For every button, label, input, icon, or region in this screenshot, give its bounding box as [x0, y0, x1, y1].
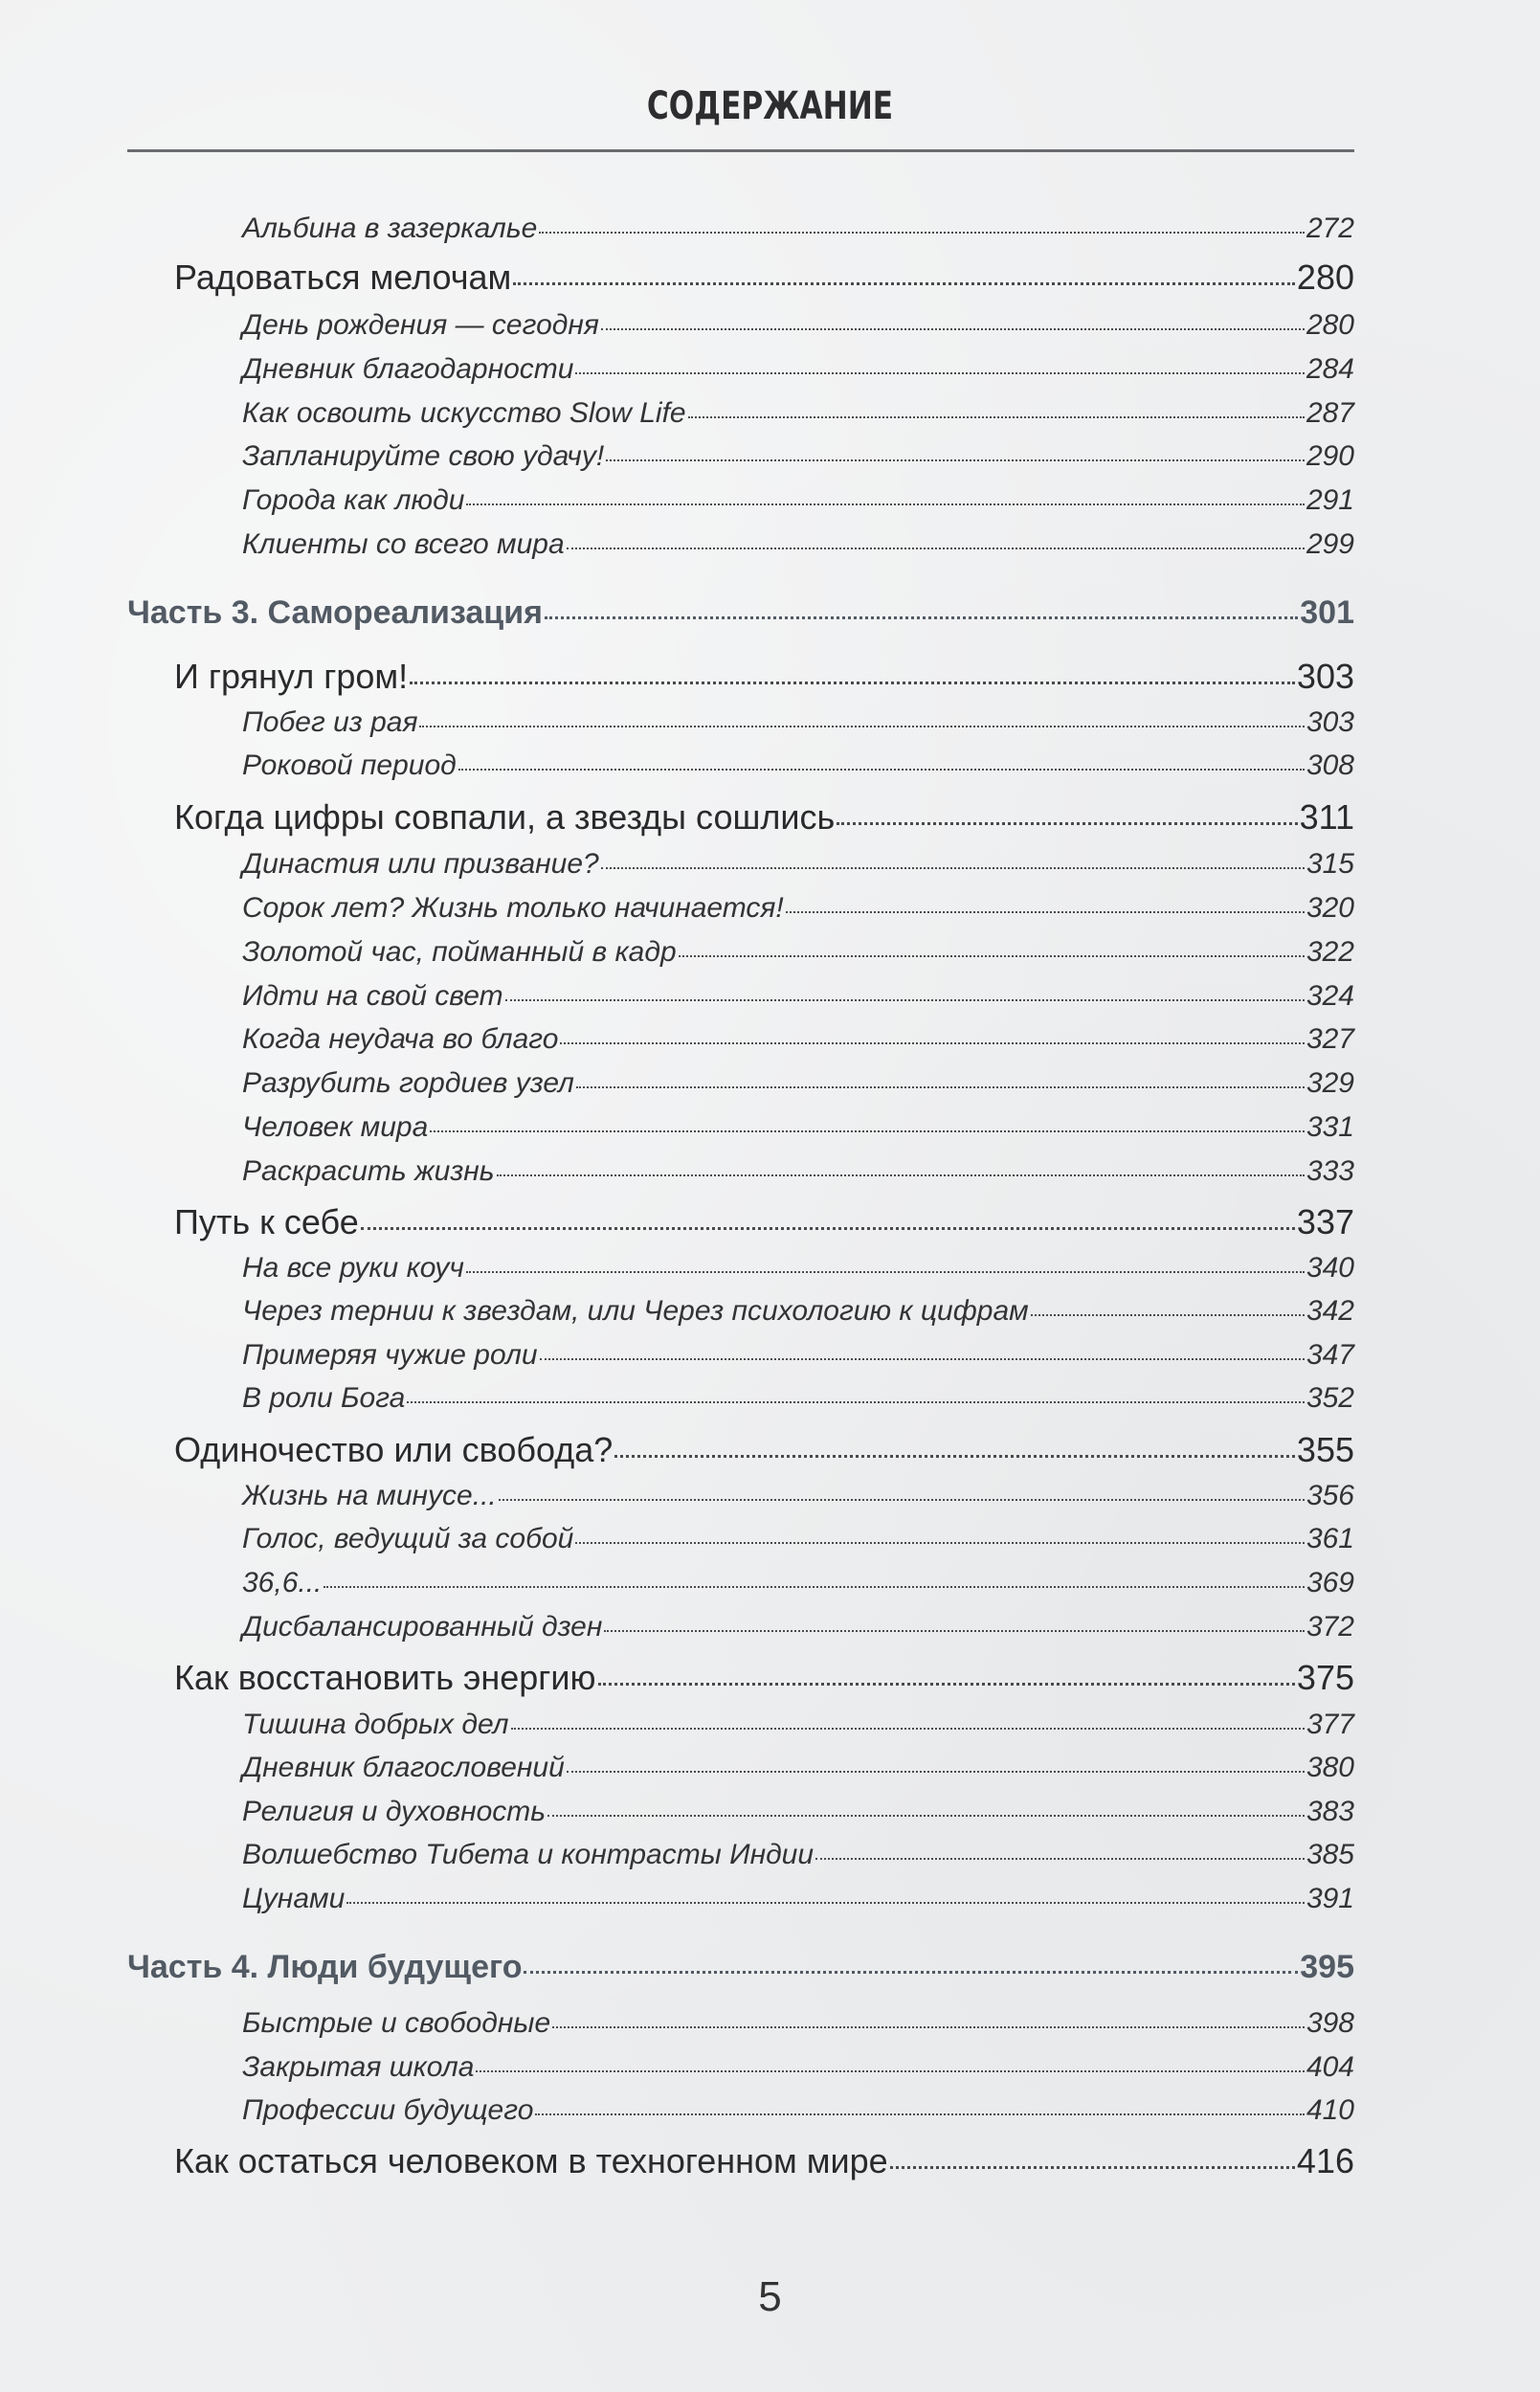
- toc-entry-page: 369: [1306, 1567, 1354, 1599]
- dot-leader: [890, 2166, 1295, 2169]
- toc-entry-page: 303: [1297, 657, 1354, 697]
- toc-entry-chapter[interactable]: Как восстановить энергию375: [174, 1658, 1354, 1698]
- toc-entry-page: 356: [1306, 1480, 1354, 1512]
- toc-entry-title: Примеряя чужие роли: [242, 1339, 538, 1372]
- toc-entry-sub[interactable]: Сорок лет? Жизнь только начинается!320: [242, 892, 1354, 925]
- toc-entry-chapter[interactable]: Как остаться человеком в техногенном мир…: [174, 2141, 1354, 2181]
- toc-entry-part[interactable]: Часть 4. Люди будущего395: [127, 1949, 1354, 1986]
- toc-entry-page: 347: [1306, 1339, 1354, 1372]
- dot-leader: [513, 282, 1295, 285]
- dot-leader: [601, 328, 1305, 330]
- toc-entry-title: Как остаться человеком в техногенном мир…: [174, 2141, 888, 2181]
- toc-entry-sub[interactable]: День рождения — сегодня280: [242, 309, 1354, 342]
- toc-entry-title: Клиенты со всего мира: [242, 528, 565, 561]
- toc-entry-sub[interactable]: Дневник благословений380: [242, 1752, 1354, 1784]
- toc-entry-sub[interactable]: Цунами391: [242, 1883, 1354, 1915]
- toc-entry-sub[interactable]: 36,6...369: [242, 1567, 1354, 1599]
- dot-leader: [575, 372, 1304, 374]
- dot-leader: [614, 1455, 1295, 1458]
- toc-entry-sub[interactable]: Жизнь на минусе...356: [242, 1480, 1354, 1512]
- toc-entry-page: 324: [1306, 980, 1354, 1013]
- toc-entry-title: Когда неудача во благо: [242, 1023, 558, 1056]
- toc-entry-page: 320: [1306, 892, 1354, 925]
- toc-entry-page: 308: [1306, 749, 1354, 782]
- toc-entry-sub[interactable]: Побег из рая303: [242, 706, 1354, 739]
- toc-entry-sub[interactable]: Разрубить гордиев узел329: [242, 1067, 1354, 1100]
- toc-entry-title: Побег из рая: [242, 706, 417, 739]
- toc-entry-title: Золотой час, пойманный в кадр: [242, 936, 677, 969]
- toc-entry-sub[interactable]: Профессии будущего410: [242, 2094, 1354, 2127]
- toc-entry-page: 299: [1306, 528, 1354, 561]
- toc-entry-page: 380: [1306, 1752, 1354, 1784]
- toc-entry-page: 280: [1306, 309, 1354, 342]
- toc-entry-chapter[interactable]: Когда цифры совпали, а звезды сошлись311: [174, 797, 1354, 838]
- toc-entry-title: Жизнь на минусе...: [242, 1480, 497, 1512]
- dot-leader: [361, 1227, 1295, 1230]
- dot-leader: [545, 616, 1298, 619]
- toc-entry-page: 383: [1306, 1796, 1354, 1828]
- toc-entry-chapter[interactable]: Одиночество или свобода?355: [174, 1430, 1354, 1470]
- toc-entry-sub[interactable]: Дисбалансированный дзен372: [242, 1611, 1354, 1643]
- toc-entry-sub[interactable]: Дневник благодарности284: [242, 353, 1354, 386]
- toc-entry-page: 395: [1300, 1949, 1354, 1986]
- toc-entry-sub[interactable]: Города как люди291: [242, 484, 1354, 517]
- toc-entry-title: Когда цифры совпали, а звезды сошлись: [174, 797, 835, 838]
- dot-leader: [606, 459, 1305, 461]
- toc-entry-page: 398: [1306, 2007, 1354, 2040]
- toc-entry-title: Идти на свой свет: [242, 980, 503, 1013]
- toc-entry-sub[interactable]: Религия и духовность383: [242, 1796, 1354, 1828]
- toc-entry-sub[interactable]: Закрытая школа404: [242, 2051, 1354, 2084]
- dot-leader: [458, 769, 1305, 771]
- dot-leader: [575, 1542, 1305, 1544]
- page-number: 5: [0, 2273, 1540, 2321]
- toc-entry-sub[interactable]: Когда неудача во благо327: [242, 1023, 1354, 1056]
- toc-entry-page: 322: [1306, 936, 1354, 969]
- toc-entry-sub[interactable]: Идти на свой свет324: [242, 980, 1354, 1013]
- toc-entry-title: Дневник благословений: [242, 1752, 565, 1784]
- toc-entry-sub[interactable]: На все руки коуч340: [242, 1252, 1354, 1285]
- dot-leader: [679, 955, 1305, 957]
- dot-leader: [688, 416, 1305, 418]
- toc-entry-sub[interactable]: Клиенты со всего мира299: [242, 528, 1354, 561]
- dot-leader: [786, 911, 1305, 913]
- dot-leader: [499, 1499, 1305, 1501]
- toc-entry-title: Запланируйте свою удачу!: [242, 440, 604, 473]
- dot-leader: [466, 503, 1305, 505]
- dot-leader: [567, 548, 1305, 549]
- toc-entry-page: 329: [1306, 1067, 1354, 1100]
- toc-entry-page: 291: [1306, 484, 1354, 517]
- dot-leader: [567, 1771, 1305, 1773]
- toc-entry-sub[interactable]: Династия или призвание?315: [242, 848, 1354, 881]
- dot-leader: [540, 1358, 1305, 1360]
- toc-entry-page: 416: [1297, 2141, 1354, 2181]
- toc-entry-title: Религия и духовность: [242, 1796, 546, 1828]
- toc-entry-page: 290: [1306, 440, 1354, 473]
- dot-leader: [505, 999, 1305, 1001]
- toc-entry-title: На все руки коуч: [242, 1252, 464, 1285]
- toc-entry-page: 361: [1306, 1523, 1354, 1555]
- dot-leader: [598, 1683, 1295, 1686]
- toc-entry-title: Быстрые и свободные: [242, 2007, 550, 2040]
- toc-entry-chapter[interactable]: И грянул гром!303: [174, 657, 1354, 697]
- toc-entry-title: Цунами: [242, 1883, 345, 1915]
- toc-entry-sub[interactable]: Через тернии к звездам, или Через психол…: [242, 1295, 1354, 1328]
- toc-entry-page: 301: [1300, 594, 1354, 632]
- toc-entry-page: 311: [1300, 797, 1354, 838]
- toc-entry-title: Профессии будущего: [242, 2094, 533, 2127]
- toc-entry-sub[interactable]: Альбина в зазеркалье272: [242, 212, 1354, 245]
- dot-leader: [346, 1902, 1305, 1904]
- toc-entry-title: Сорок лет? Жизнь только начинается!: [242, 892, 784, 925]
- toc-entry-page: 327: [1306, 1023, 1354, 1056]
- dot-leader: [511, 1728, 1305, 1730]
- toc-entry-chapter[interactable]: Путь к себе337: [174, 1202, 1354, 1242]
- toc-entry-page: 391: [1306, 1883, 1354, 1915]
- dot-leader: [410, 682, 1295, 684]
- toc-entry-title: Альбина в зазеркалье: [242, 212, 537, 245]
- toc-entry-sub[interactable]: Золотой час, пойманный в кадр322: [242, 936, 1354, 969]
- toc-entry-page: 284: [1306, 353, 1354, 386]
- toc-entry-title: Как освоить искусство Slow Life: [242, 397, 686, 430]
- toc-entry-page: 375: [1297, 1658, 1354, 1698]
- toc-entry-title: 36,6...: [242, 1567, 322, 1599]
- toc-entry-page: 352: [1306, 1382, 1354, 1415]
- dot-leader: [560, 1042, 1305, 1044]
- dot-leader: [466, 1271, 1305, 1273]
- toc-entry-title: Династия или призвание?: [242, 848, 599, 881]
- toc-entry-title: Раскрасить жизнь: [242, 1155, 495, 1188]
- title-divider: [127, 149, 1354, 152]
- toc-entry-title: День рождения — сегодня: [242, 309, 599, 342]
- toc-entry-page: 404: [1306, 2051, 1354, 2084]
- toc-entry-page: 272: [1306, 212, 1354, 245]
- toc-entry-page: 385: [1306, 1839, 1354, 1871]
- toc-entry-title: В роли Бога: [242, 1382, 405, 1415]
- toc-entry-page: 303: [1306, 706, 1354, 739]
- toc-entry-title: Закрытая школа: [242, 2051, 474, 2084]
- toc-entry-title: Как восстановить энергию: [174, 1658, 596, 1698]
- dot-leader: [837, 822, 1297, 825]
- dot-leader: [1031, 1314, 1305, 1316]
- toc-entry-title: Тишина добрых дел: [242, 1709, 509, 1741]
- toc-entry-sub[interactable]: В роли Бога352: [242, 1382, 1354, 1415]
- dot-leader: [430, 1130, 1305, 1132]
- toc-entry-title: Голос, ведущий за собой: [242, 1523, 573, 1555]
- toc-entry-page: 315: [1306, 848, 1354, 881]
- toc-entry-page: 410: [1306, 2094, 1354, 2127]
- dot-leader: [815, 1858, 1305, 1860]
- toc-entry-title: И грянул гром!: [174, 657, 408, 697]
- dot-leader: [407, 1401, 1305, 1403]
- dot-leader: [476, 2070, 1305, 2072]
- toc-entry-sub[interactable]: Быстрые и свободные398: [242, 2007, 1354, 2040]
- dot-leader: [419, 726, 1304, 727]
- toc-entry-page: 280: [1297, 257, 1354, 298]
- toc-entry-chapter[interactable]: Радоваться мелочам280: [174, 257, 1354, 298]
- toc-entry-title: Часть 3. Самореализация: [127, 594, 543, 632]
- toc-entry-title: Человек мира: [242, 1111, 428, 1144]
- dot-leader: [324, 1586, 1305, 1588]
- dot-leader: [497, 1174, 1305, 1176]
- dot-leader: [535, 2113, 1305, 2115]
- dot-leader: [601, 867, 1305, 869]
- toc-entry-sub[interactable]: Раскрасить жизнь333: [242, 1155, 1354, 1188]
- toc-entry-sub[interactable]: Голос, ведущий за собой361: [242, 1523, 1354, 1555]
- toc-entry-sub[interactable]: Человек мира331: [242, 1111, 1354, 1144]
- toc-entry-sub[interactable]: Тишина добрых дел377: [242, 1709, 1354, 1741]
- dot-leader: [524, 1971, 1298, 1974]
- toc-entry-title: Дневник благодарности: [242, 353, 573, 386]
- toc-entry-title: Разрубить гордиев узел: [242, 1067, 574, 1100]
- toc-entry-page: 372: [1306, 1611, 1354, 1643]
- dot-leader: [539, 232, 1305, 234]
- toc-entry-title: Радоваться мелочам: [174, 257, 511, 298]
- toc-entry-sub[interactable]: Роковой период308: [242, 749, 1354, 782]
- toc-entry-title: Города как люди: [242, 484, 464, 517]
- toc-entry-title: Одиночество или свобода?: [174, 1430, 613, 1470]
- toc-entry-page: 331: [1306, 1111, 1354, 1144]
- page-title: СОДЕРЖАНИЕ: [169, 84, 1371, 128]
- toc-entry-sub[interactable]: Примеряя чужие роли347: [242, 1339, 1354, 1372]
- toc-entry-sub[interactable]: Волшебство Тибета и контрасты Индии385: [242, 1839, 1354, 1871]
- dot-leader: [547, 1815, 1305, 1817]
- toc-entry-title: Дисбалансированный дзен: [242, 1611, 602, 1643]
- toc-entry-title: Роковой период: [242, 749, 457, 782]
- toc-entry-page: 355: [1297, 1430, 1354, 1470]
- toc-entry-page: 377: [1306, 1709, 1354, 1741]
- dot-leader: [552, 2026, 1305, 2028]
- toc-entry-sub[interactable]: Как освоить искусство Slow Life287: [242, 397, 1354, 430]
- dot-leader: [576, 1086, 1305, 1088]
- toc-entry-title: Через тернии к звездам, или Через психол…: [242, 1295, 1029, 1328]
- toc-entry-page: 337: [1297, 1202, 1354, 1242]
- toc-entry-part[interactable]: Часть 3. Самореализация301: [127, 594, 1354, 632]
- dot-leader: [604, 1630, 1305, 1632]
- toc-entry-sub[interactable]: Запланируйте свою удачу!290: [242, 440, 1354, 473]
- toc-entry-title: Часть 4. Люди будущего: [127, 1949, 522, 1986]
- toc-entry-page: 287: [1306, 397, 1354, 430]
- toc-entry-page: 340: [1306, 1252, 1354, 1285]
- toc-entry-page: 342: [1306, 1295, 1354, 1328]
- toc-entry-title: Волшебство Тибета и контрасты Индии: [242, 1839, 814, 1871]
- toc-entry-page: 333: [1306, 1155, 1354, 1188]
- toc-entry-title: Путь к себе: [174, 1202, 359, 1242]
